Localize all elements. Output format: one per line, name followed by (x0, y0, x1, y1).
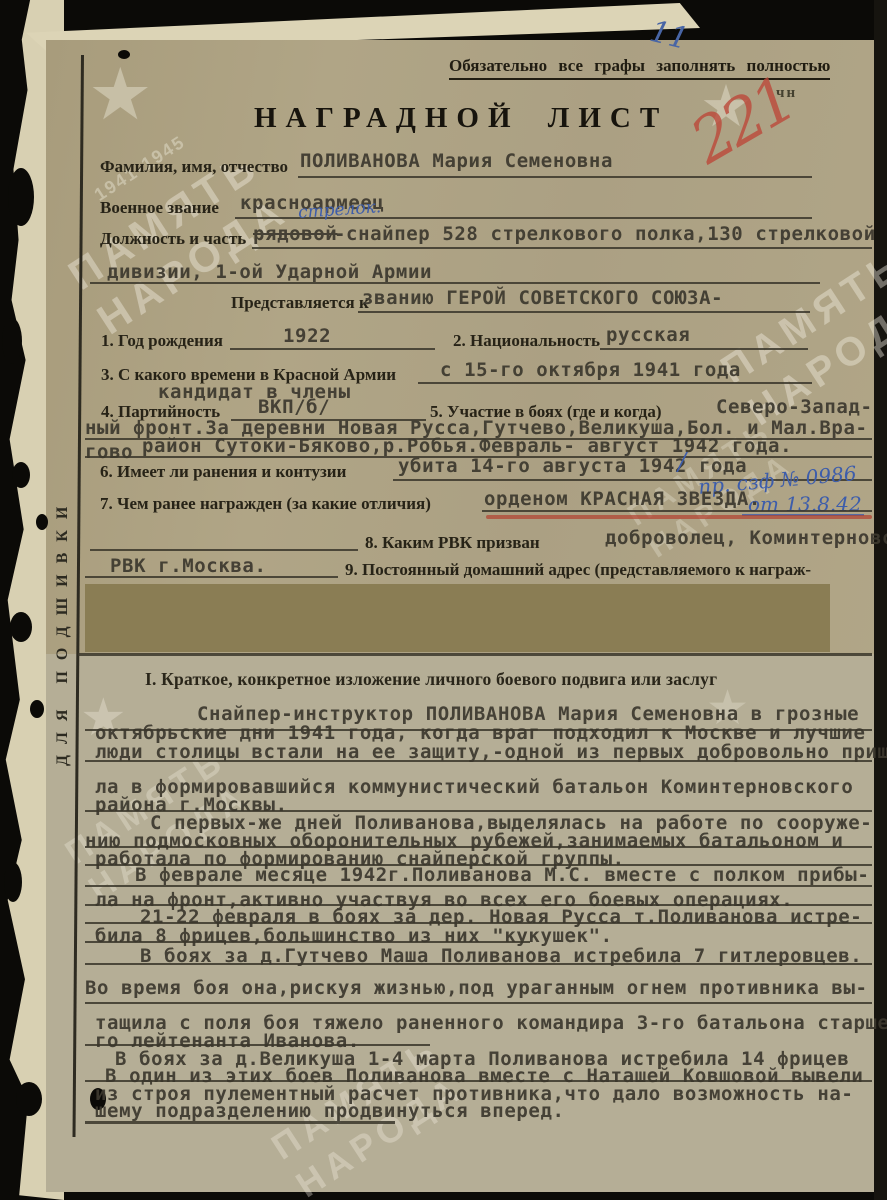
paper-hole (8, 168, 34, 226)
rule (85, 864, 872, 866)
rule (85, 810, 872, 812)
rule (298, 176, 812, 178)
rule (85, 729, 872, 731)
position-struck-word: рядовой (253, 223, 337, 245)
rule (85, 1044, 430, 1046)
rule (85, 1002, 872, 1004)
nominated-value: званию ГЕРОЙ СОВЕТСКОГО СОЮЗА- (362, 287, 723, 309)
section-divider-line (78, 653, 872, 656)
redacted-address-block (85, 584, 830, 652)
scanned-award-document: ★ 1941-1945 ПАМЯТЬНАРОДА ★ ПАМЯТЬНАРОДА … (0, 0, 887, 1200)
position-value: -снайпер 528 стрелкового полка,130 стрел… (334, 223, 876, 245)
paper-hole (16, 1082, 42, 1116)
rule (85, 904, 872, 906)
rule (85, 760, 872, 762)
rule (418, 382, 812, 384)
rule (482, 510, 872, 512)
nominated-label: Представляется к (231, 293, 369, 313)
battles-value-3-left: гово (85, 441, 133, 463)
position-label: Должность и часть (100, 229, 246, 249)
rvk-value-2: РВК г.Москва. (110, 555, 267, 577)
rule (85, 885, 872, 887)
binding-margin-text: ДЛЯ ПОДШИВКИ (54, 436, 72, 766)
awards-value: орденом КРАСНАЯ ЗВЕЗДА. (484, 488, 761, 510)
position-value-2: дивизии, 1-ой Ударной Армии (107, 261, 432, 283)
body-line: В феврале месяце 1942г.Поливанова М.С. в… (135, 864, 869, 886)
paper-hole (10, 612, 32, 642)
birth-year-value: 1922 (283, 325, 331, 347)
rvk-value: доброволец, Коминтерновский (605, 527, 887, 549)
battles-value-3: район Сутоки-Бяково,р.Робья.Февраль- авг… (142, 435, 792, 457)
rank-label: Военное звание (100, 198, 219, 218)
address-label: 9. Постоянный домашний адрес (представля… (345, 560, 811, 580)
rule (252, 247, 872, 249)
battles-value-1: Северо-Запад- (716, 396, 873, 418)
rule (230, 348, 435, 350)
section1-heading: I. Краткое, конкретное изложение личного… (145, 669, 717, 690)
rule (90, 549, 358, 551)
nationality-label: 2. Национальность (453, 331, 600, 351)
rule (358, 311, 810, 313)
handwritten-order-date: от 13.8.42 (748, 492, 862, 516)
rule (600, 348, 808, 350)
name-label: Фамилия, имя, отчество (100, 157, 288, 177)
rule (85, 846, 872, 848)
body-line: шему подразделению продвинуться вперед. (95, 1100, 565, 1122)
rule (85, 1080, 872, 1082)
rule (90, 282, 820, 284)
name-value: ПОЛИВАНОВА Мария Семеновна (300, 150, 613, 172)
body-line: Во время боя она,рискуя жизнью,под урага… (85, 977, 868, 999)
red-underline (486, 515, 872, 519)
paper-hole (30, 700, 44, 718)
paper-hole (4, 862, 22, 902)
rule (85, 941, 530, 943)
paper-hole (12, 462, 30, 488)
birth-year-label: 1. Год рождения (101, 331, 223, 351)
nationality-value: русская (606, 324, 690, 346)
rule (85, 1121, 395, 1124)
rule (85, 576, 338, 578)
handwritten-check-mark: / (678, 448, 686, 476)
rule (85, 963, 872, 965)
document-title: НАГРАДНОЙ ЛИСТ (254, 102, 668, 135)
watermark-star-icon: ★ (88, 52, 153, 136)
paper-hole (2, 318, 22, 364)
party-value: ВКП/б/ (258, 396, 330, 418)
rvk-label: 8. Каким РВК призван (365, 533, 540, 553)
wounds-label: 6. Имеет ли ранения и контузии (100, 462, 346, 482)
body-line: била 8 фрицев,большинство из них "кукуше… (95, 925, 613, 947)
paper-hole (36, 514, 48, 530)
wounds-value: убита 14-го августа 1942 года (398, 455, 747, 477)
awards-label: 7. Чем ранее награжден (за какие отличия… (100, 494, 431, 514)
rule (85, 922, 872, 924)
service-since-value: с 15-го октября 1941 года (440, 359, 741, 381)
